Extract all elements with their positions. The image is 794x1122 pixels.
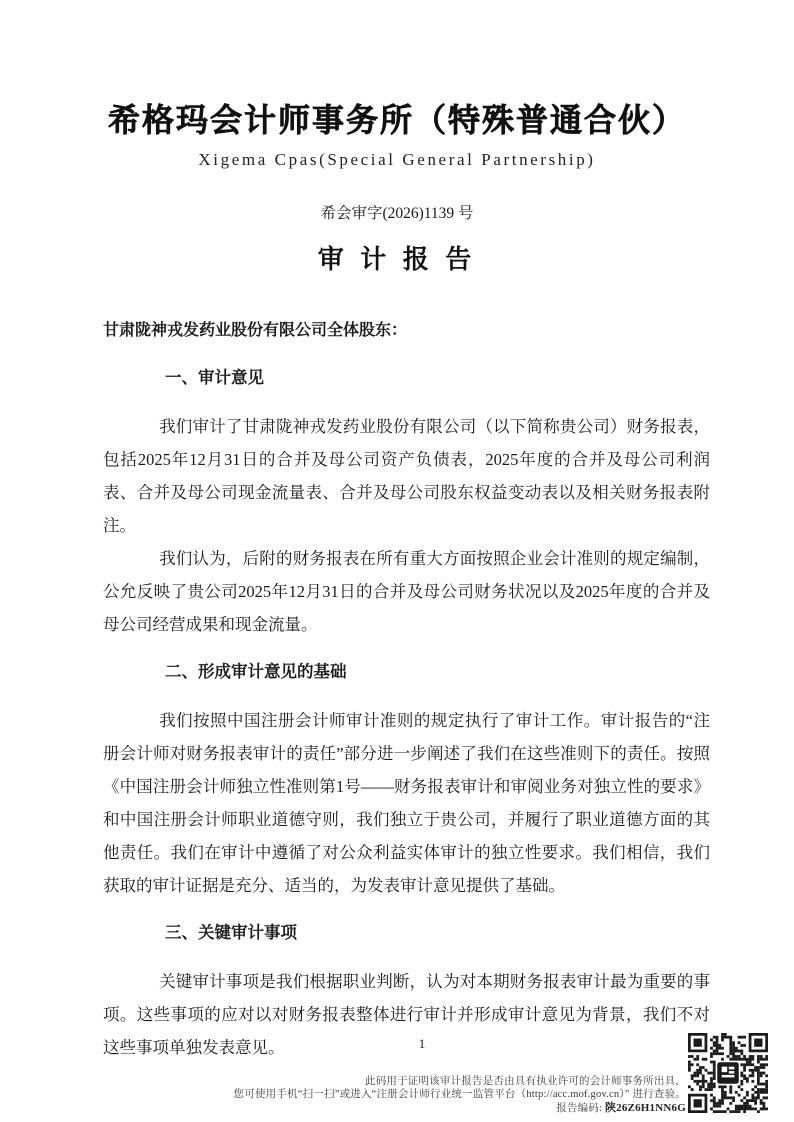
qr-code xyxy=(688,1033,768,1113)
verification-line-1: 此码用于证明该审计报告是否由具有执业许可的会计师事务所出具， xyxy=(216,1075,686,1089)
section-basis-for-opinion: 二、形成审计意见的基础 我们按照中国注册会计师审计准则的规定执行了审计工作。审计… xyxy=(103,656,710,902)
addressee-line: 甘肃陇神戎发药业股份有限公司全体股东： xyxy=(103,314,710,347)
section-heading-basis-for-opinion: 二、形成审计意见的基础 xyxy=(103,656,710,689)
report-code-label: 报告编码: xyxy=(556,1103,602,1114)
audit-report-page: 希格玛会计师事务所（特殊普通合伙） Xigema Cpas(Special Ge… xyxy=(0,0,794,1122)
verification-note: 此码用于证明该审计报告是否由具有执业许可的会计师事务所出具， 您可使用手机“扫一… xyxy=(216,1075,686,1116)
reference-number: 希会审字(2026)1139 号 xyxy=(0,201,794,223)
report-title: 审 计 报 告 xyxy=(0,239,794,276)
section-heading-key-audit-matters: 三、关键审计事项 xyxy=(103,917,710,950)
report-code-value: 陕26Z6H1NN6G xyxy=(605,1102,686,1114)
paragraph: 我们按照中国注册会计师审计准则的规定执行了审计工作。审计报告的“注册会计师对财务… xyxy=(103,704,710,902)
report-body: 甘肃陇神戎发药业股份有限公司全体股东： 一、审计意见 我们审计了甘肃陇神戎发药业… xyxy=(0,314,794,1064)
paragraph: 我们认为，后附的财务报表在所有重大方面按照企业会计准则的规定编制，公允反映了贵公… xyxy=(103,542,710,641)
section-heading-audit-opinion: 一、审计意见 xyxy=(103,362,710,395)
firm-name-english: Xigema Cpas(Special General Partnership) xyxy=(0,150,794,170)
verification-line-2: 您可使用手机“扫一扫”或进入“注册会计师行业统一监管平台（http://acc.… xyxy=(216,1088,686,1102)
report-code-line: 报告编码: 陕26Z6H1NN6G xyxy=(216,1102,686,1116)
page-number: 1 xyxy=(0,1036,794,1052)
letterhead: 希格玛会计师事务所（特殊普通合伙） Xigema Cpas(Special Ge… xyxy=(0,0,794,276)
firm-name-chinese: 希格玛会计师事务所（特殊普通合伙） xyxy=(0,95,794,141)
section-audit-opinion: 一、审计意见 我们审计了甘肃陇神戎发药业股份有限公司（以下简称贵公司）财务报表，… xyxy=(103,362,710,641)
paragraph: 我们审计了甘肃陇神戎发药业股份有限公司（以下简称贵公司）财务报表，包括2025年… xyxy=(103,410,710,542)
